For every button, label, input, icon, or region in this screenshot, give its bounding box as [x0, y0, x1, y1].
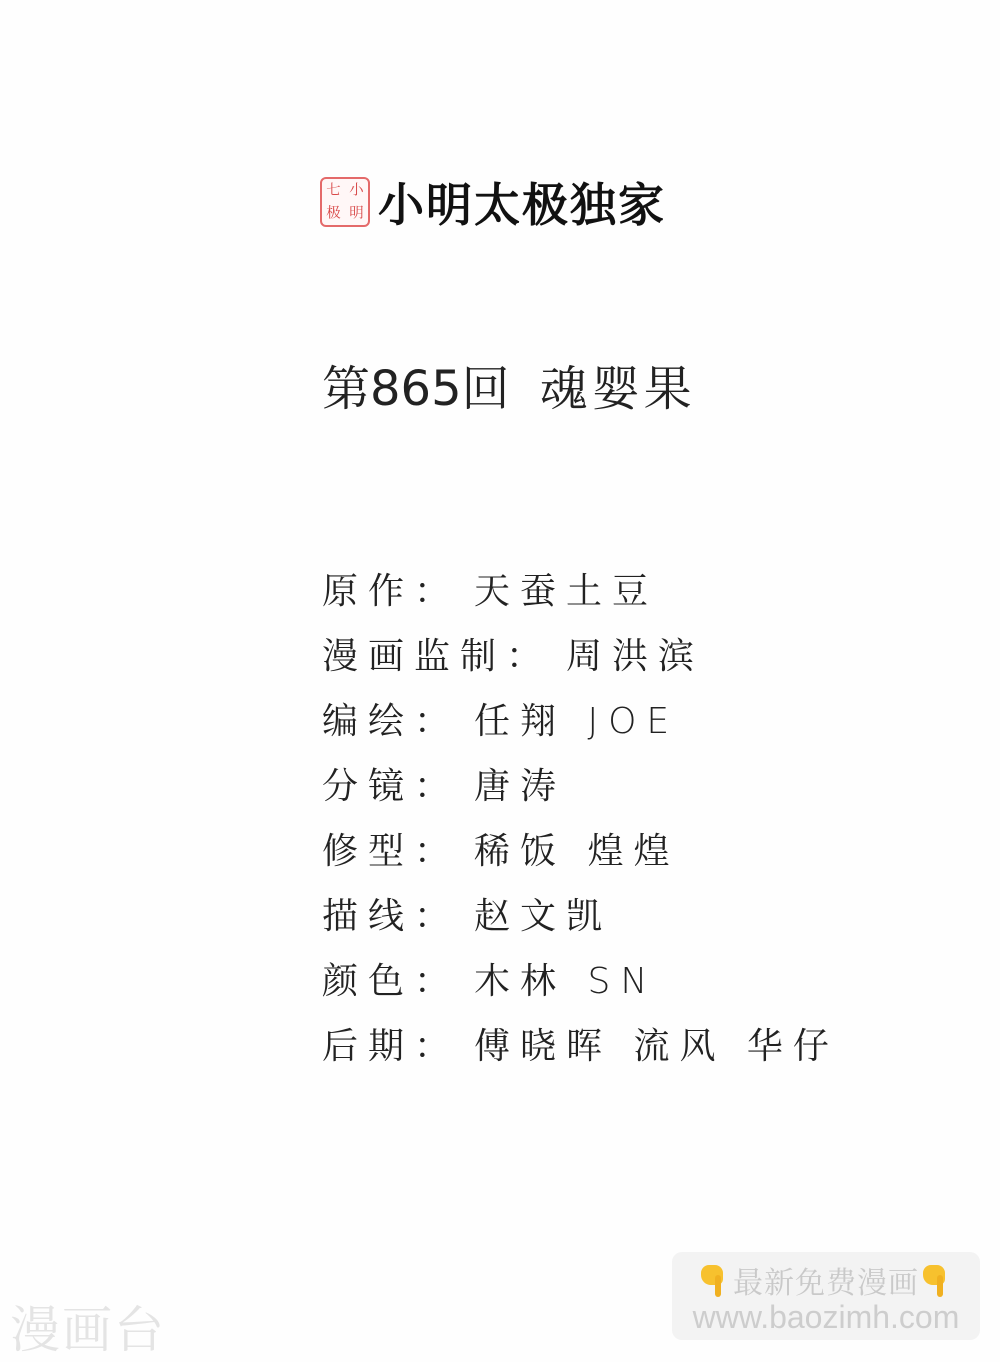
credit-role: 分镜	[322, 758, 414, 809]
credit-row-supervisor: 漫画监制：周洪滨	[322, 621, 839, 686]
credit-role: 后期	[322, 1018, 414, 1069]
credit-names: 任翔 JOE	[474, 693, 679, 744]
credit-separator: ：	[414, 823, 460, 874]
comic-page: 七 小 极 明 小明太极独家 第865回 魂婴果 原作：天蚕土豆 漫画监制：周洪…	[0, 0, 1000, 1362]
publisher-seal-icon: 七 小 极 明	[320, 177, 370, 227]
credit-names: 傅晓晖 流风 华仔	[474, 1018, 839, 1069]
seal-char: 小	[347, 183, 367, 197]
promo-headline-text: 最新免费漫画	[733, 1258, 919, 1302]
promo-banner[interactable]: 最新免费漫画 www.baozimh.com	[672, 1252, 980, 1340]
credit-role: 编绘	[322, 693, 414, 744]
pointing-down-hand-icon	[701, 1263, 729, 1297]
chapter-number: 第865回	[322, 350, 510, 419]
credit-row-postproduction: 后期：傅晓晖 流风 华仔	[322, 1011, 839, 1076]
credit-row-modeling: 修型：稀饭 煌煌	[322, 816, 839, 881]
credit-names: 木林 SN	[474, 953, 657, 1004]
credit-separator: ：	[414, 1018, 460, 1069]
seal-char: 七	[324, 183, 344, 197]
promo-url-link[interactable]: www.baozimh.com	[672, 1300, 980, 1334]
credit-names: 周洪滨	[566, 628, 704, 679]
credit-separator: ：	[414, 953, 460, 1004]
credits-list: 原作：天蚕土豆 漫画监制：周洪滨 编绘：任翔 JOE 分镜：唐涛 修型：稀饭 煌…	[322, 556, 839, 1076]
credit-row-color: 颜色：木林 SN	[322, 946, 839, 1011]
seal-char: 极	[324, 206, 344, 220]
publisher-header: 七 小 极 明 小明太极独家	[320, 174, 666, 230]
credit-row-storyboard: 分镜：唐涛	[322, 751, 839, 816]
seal-char: 明	[347, 206, 367, 220]
credit-separator: ：	[414, 758, 460, 809]
credit-row-artist: 编绘：任翔 JOE	[322, 686, 839, 751]
watermark-logo: 漫画台	[10, 1290, 166, 1362]
pointing-down-hand-icon	[923, 1263, 951, 1297]
credit-separator: ：	[414, 693, 460, 744]
credit-names: 赵文凯	[474, 888, 612, 939]
credit-role: 颜色	[322, 953, 414, 1004]
credit-separator: ：	[506, 628, 552, 679]
chapter-title: 第865回 魂婴果	[322, 350, 696, 419]
credit-separator: ：	[414, 888, 460, 939]
credit-role: 修型	[322, 823, 414, 874]
credit-role: 描线	[322, 888, 414, 939]
credit-role: 漫画监制	[322, 628, 506, 679]
credit-separator: ：	[414, 563, 460, 614]
chapter-name: 魂婴果	[540, 350, 696, 419]
promo-headline: 最新免费漫画	[672, 1260, 980, 1300]
credit-names: 稀饭 煌煌	[474, 823, 679, 874]
credit-names: 唐涛	[474, 758, 566, 809]
credit-row-lineart: 描线：赵文凯	[322, 881, 839, 946]
credit-row-original: 原作：天蚕土豆	[322, 556, 839, 621]
credit-names: 天蚕土豆	[474, 563, 658, 614]
credit-role: 原作	[322, 563, 414, 614]
publisher-name: 小明太极独家	[378, 169, 666, 235]
